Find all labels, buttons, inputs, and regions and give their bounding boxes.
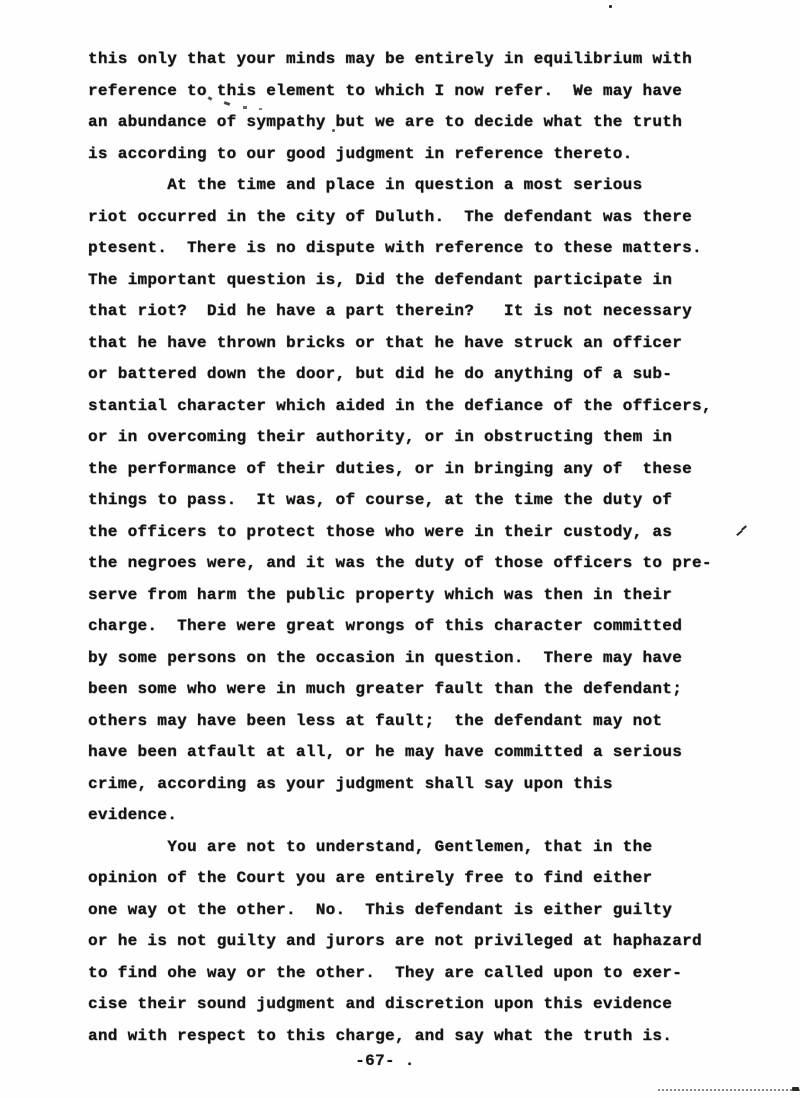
text-line: charge. There were great wrongs of this … — [88, 611, 780, 643]
scan-dotted-row — [658, 1089, 800, 1091]
text-line: ptesent. There is no dispute with refere… — [88, 233, 780, 265]
paragraph: You are not to understand, Gentlemen, th… — [88, 832, 780, 1053]
text-line: riot occurred in the city of Duluth. The… — [88, 202, 780, 234]
paragraph: this only that your minds may be entirel… — [88, 44, 780, 170]
text-line: an abundance of sympathy but we are to d… — [88, 107, 780, 139]
text-line: opinion of the Court you are entirely fr… — [88, 863, 780, 895]
text-line: that riot? Did he have a part therein? I… — [88, 296, 780, 328]
text-line: cise their sound judgment and discretion… — [88, 989, 780, 1021]
text-line: and with respect to this charge, and say… — [88, 1021, 780, 1053]
text-line: to find ohe way or the other. They are c… — [88, 958, 780, 990]
scan-blob — [792, 1087, 799, 1091]
text-line: or he is not guilty and jurors are not p… — [88, 926, 780, 958]
paragraph: At the time and place in question a most… — [88, 170, 780, 832]
page-background: this only that your minds may be entirel… — [0, 0, 800, 1098]
text-line: the performance of their duties, or in b… — [88, 454, 780, 486]
text-line: evidence. — [88, 800, 780, 832]
text-line: that he have thrown bricks or that he ha… — [88, 328, 780, 360]
text-line: by some persons on the occasion in quest… — [88, 643, 780, 675]
text-line: or in overcoming their authority, or in … — [88, 422, 780, 454]
scan-speck — [332, 129, 335, 132]
text-line: others may have been less at fault; the … — [88, 706, 780, 738]
scanned-document-page: { "document": { "paragraphs": [ { "lines… — [0, 0, 800, 1098]
text-line: The important question is, Did the defen… — [88, 265, 780, 297]
page-number: -67- . — [0, 1052, 770, 1070]
text-line: the negroes were, and it was the duty of… — [88, 548, 780, 580]
text-line: or battered down the door, but did he do… — [88, 359, 780, 391]
text-line: things to pass. It was, of course, at th… — [88, 485, 780, 517]
text-line: is according to our good judgment in ref… — [88, 139, 780, 171]
text-line: reference to this element to which I now… — [88, 76, 780, 108]
text-line: crime, according as your judgment shall … — [88, 769, 780, 801]
scan-speck — [609, 5, 612, 8]
text-line: have been atfault at all, or he may have… — [88, 737, 780, 769]
scan-smudge — [243, 106, 247, 109]
text-line: the officers to protect those who were i… — [88, 517, 780, 549]
text-line: one way ot the other. No. This defendant… — [88, 895, 780, 927]
text-line: this only that your minds may be entirel… — [88, 44, 780, 76]
scan-smudge — [259, 108, 262, 110]
text-line: You are not to understand, Gentlemen, th… — [88, 832, 780, 864]
text-block: this only that your minds may be entirel… — [88, 44, 780, 1052]
text-line: been some who were in much greater fault… — [88, 674, 780, 706]
text-line: stantial character which aided in the de… — [88, 391, 780, 423]
text-line: serve from harm the public property whic… — [88, 580, 780, 612]
text-line: At the time and place in question a most… — [88, 170, 780, 202]
